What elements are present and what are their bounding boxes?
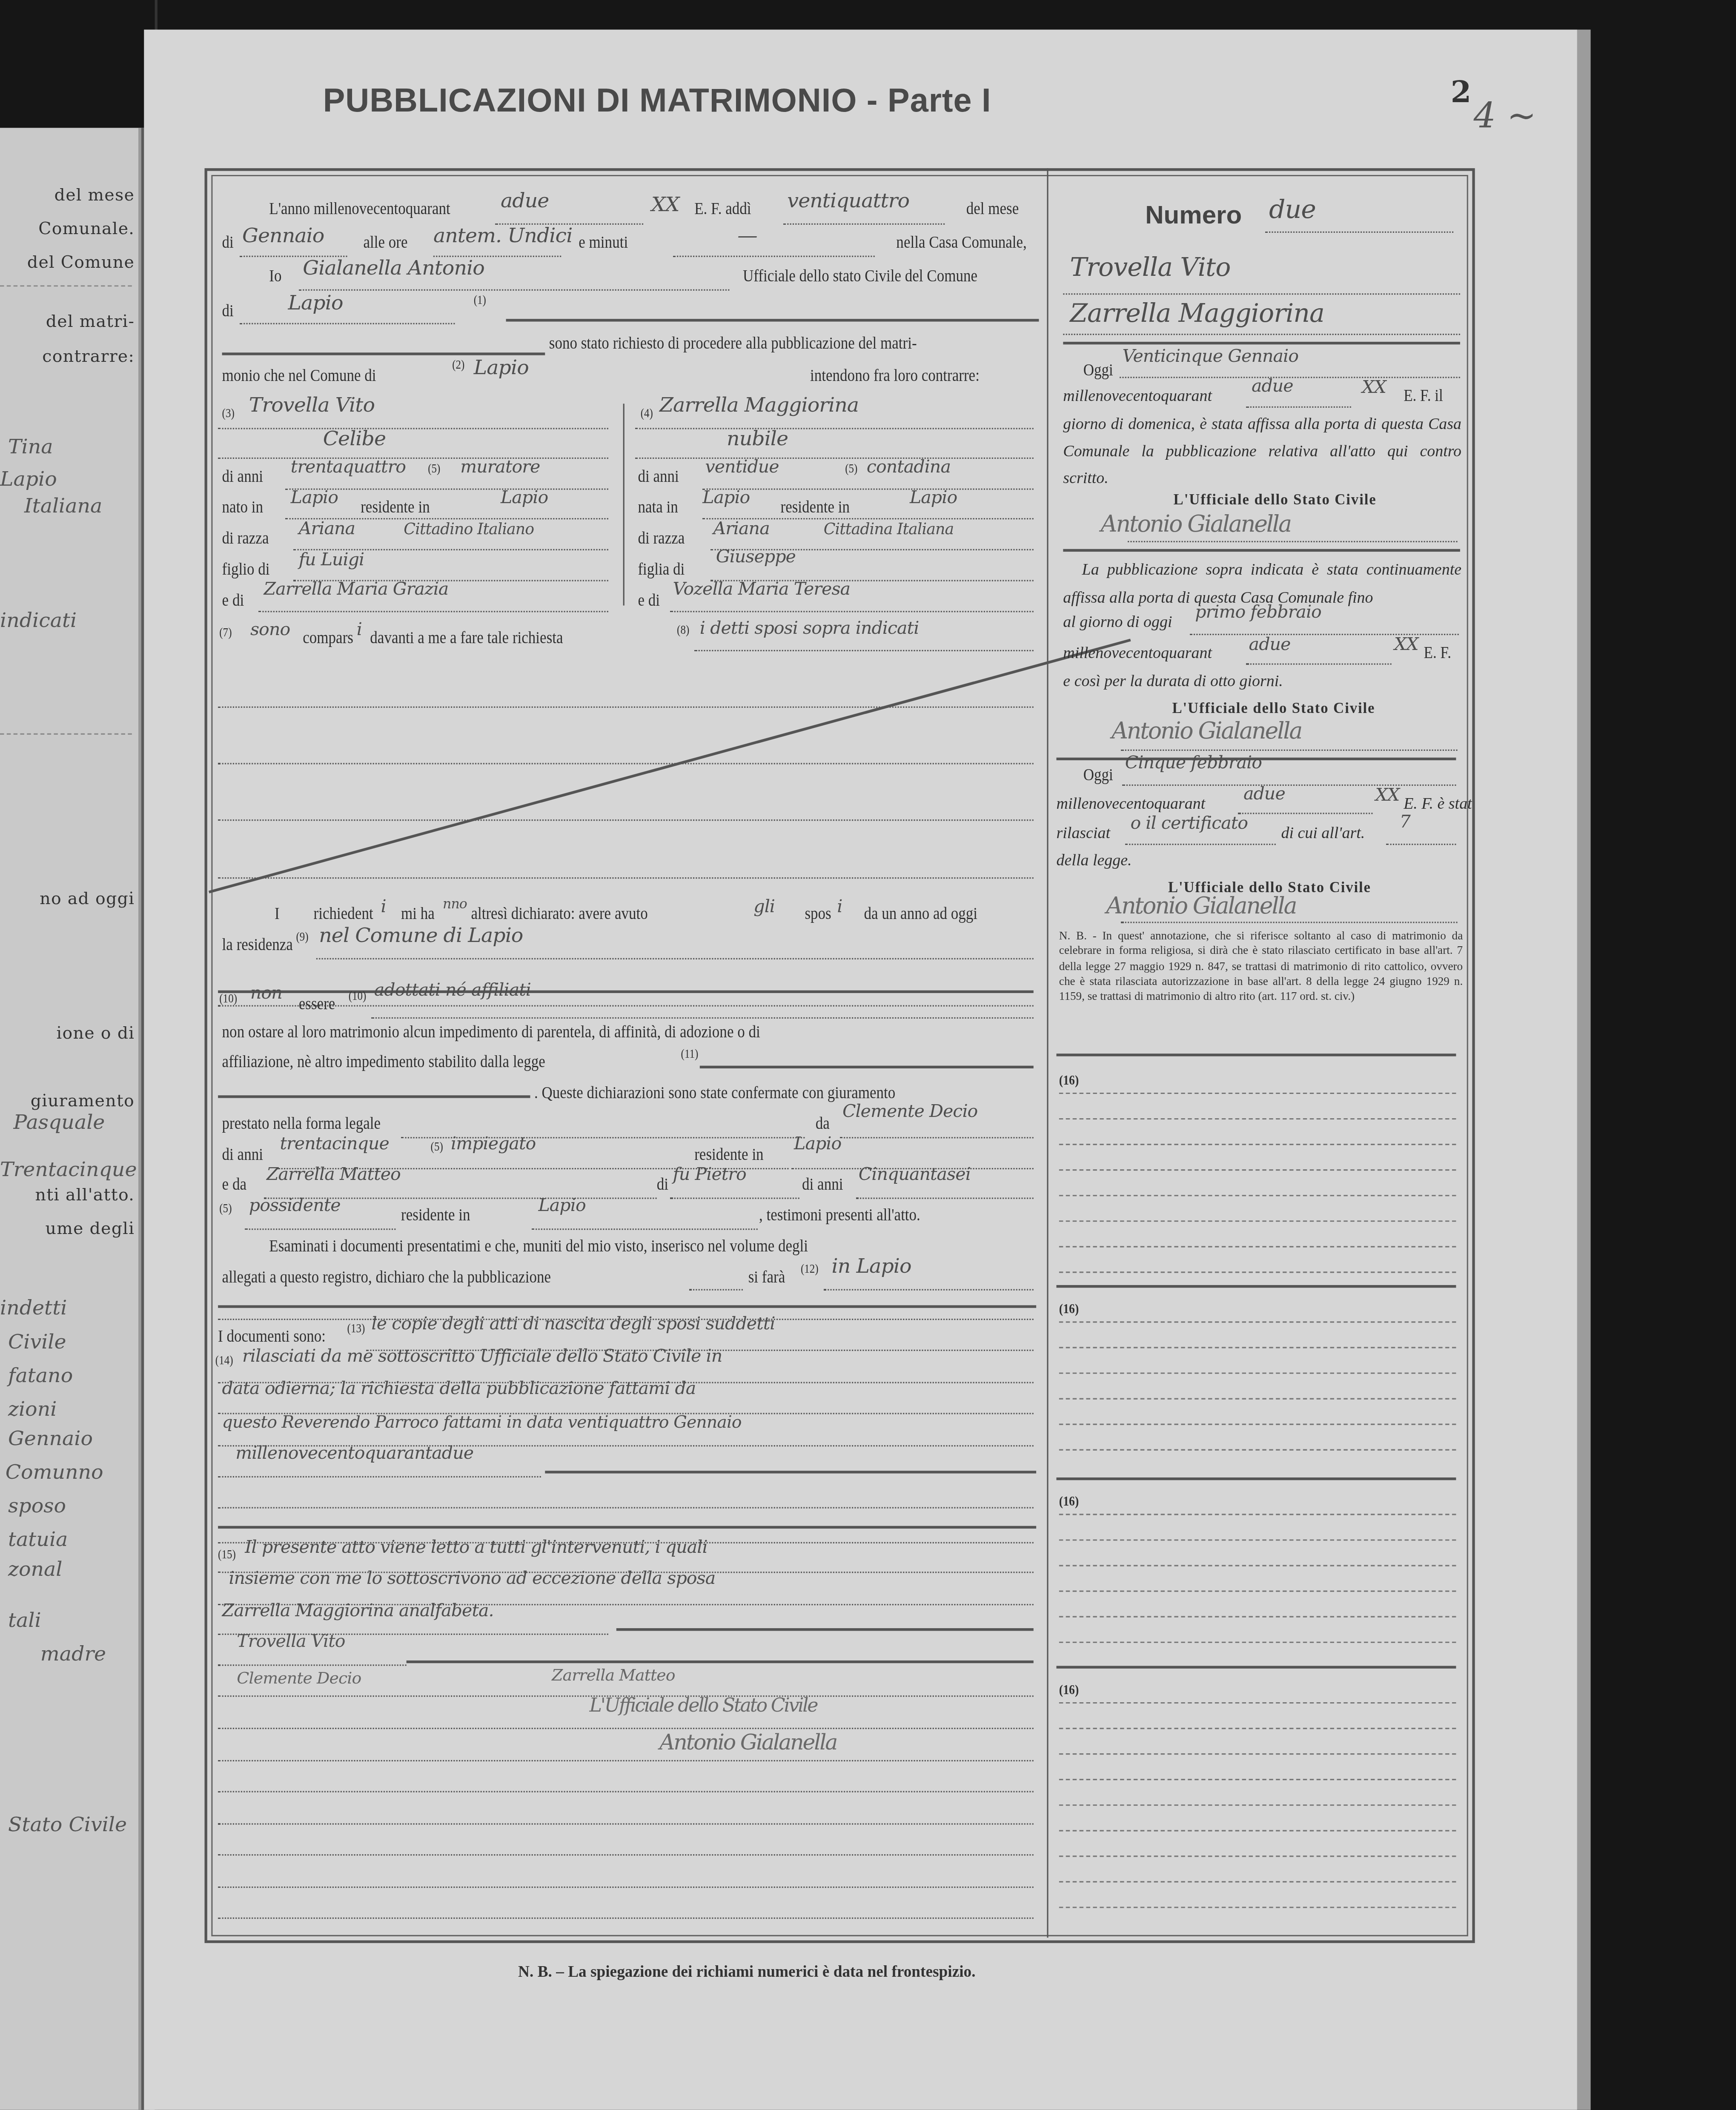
cancel-stroke xyxy=(545,1471,1036,1473)
annotation-line[interactable] xyxy=(1059,1118,1456,1119)
compars-suffix[interactable]: i xyxy=(357,620,362,640)
cert-rilasciat-label: rilasciat xyxy=(1057,824,1110,844)
cancel-stroke xyxy=(506,319,1039,321)
left-handwriting: madre xyxy=(40,1642,106,1666)
annotation-line[interactable] xyxy=(1059,1753,1456,1755)
aff-era-value[interactable]: XX xyxy=(1362,378,1386,398)
groom-edi-label: e di xyxy=(222,591,244,611)
note-1: (1) xyxy=(474,293,486,307)
annotation-line[interactable] xyxy=(1059,1616,1456,1618)
field-line xyxy=(673,256,875,257)
signature-witness2: Zarrella Matteo xyxy=(552,1666,675,1685)
bride-father[interactable]: Giuseppe xyxy=(716,548,796,568)
signature-witness1: Clemente Decio xyxy=(237,1669,361,1687)
bride-race[interactable]: Ariana xyxy=(713,519,769,539)
documenti-label: I documenti sono: xyxy=(218,1327,326,1347)
cont-officer-title: L'Ufficiale dello Stato Civile xyxy=(1172,701,1375,717)
field-line xyxy=(218,428,608,429)
field-line xyxy=(218,763,1034,764)
field-line xyxy=(1265,232,1454,233)
field-line xyxy=(218,1476,541,1477)
bride-citizenship[interactable]: Cittadina Italiana xyxy=(824,519,954,538)
note-9: (9) xyxy=(296,930,308,943)
field-line xyxy=(670,611,1034,612)
annotation-line[interactable] xyxy=(1059,1321,1456,1323)
left-printed-line: nti all'atto. xyxy=(0,1184,135,1204)
annotation-line[interactable] xyxy=(1059,1702,1456,1703)
confermate-label: . Queste dichiarazioni sono state confer… xyxy=(534,1083,895,1103)
io-label: Io xyxy=(269,266,281,286)
si-fara-value[interactable]: in Lapio xyxy=(832,1254,911,1278)
note-11: (11) xyxy=(681,1047,699,1060)
witness1-name[interactable]: Clemente Decio xyxy=(842,1102,978,1122)
cont-era-value[interactable]: XX xyxy=(1394,635,1418,655)
aff-oggi-label: Oggi xyxy=(1083,361,1113,381)
spos-suffix[interactable]: i xyxy=(837,898,842,918)
month-value[interactable]: Gennaio xyxy=(242,223,324,248)
annotation-line[interactable] xyxy=(1059,1728,1456,1729)
left-handwriting: Lapio xyxy=(0,467,57,491)
note-5a: (5) xyxy=(431,1140,443,1154)
field-line xyxy=(1386,844,1456,845)
prestato-label: prestato nella forma legale xyxy=(222,1114,381,1134)
page-number: 2 xyxy=(1451,75,1471,110)
left-printed-line: contrarre: xyxy=(0,346,135,366)
field-line xyxy=(1063,293,1460,295)
annotation-line[interactable] xyxy=(1059,1246,1456,1247)
groom-born[interactable]: Lapio xyxy=(291,489,338,509)
annotation-line[interactable] xyxy=(1059,1424,1456,1425)
casa-comunale-label: nella Casa Comunale, xyxy=(896,233,1026,253)
witness1-prof[interactable]: impiegato xyxy=(451,1134,536,1154)
left-printed-line: del matri- xyxy=(0,311,135,331)
section-divider xyxy=(1057,1054,1456,1056)
left-printed-line: Comunale. xyxy=(0,218,135,238)
field-line xyxy=(1246,407,1351,408)
cancel-stroke xyxy=(218,991,1034,993)
esaminati-label: Esaminati i documenti presentatimi e che… xyxy=(269,1237,808,1257)
left-handwriting: Comunno xyxy=(6,1460,103,1484)
signature-groom: Trovella Vito xyxy=(237,1632,345,1652)
cont-signature: Antonio Gialanella xyxy=(1111,719,1301,745)
field-line xyxy=(1238,813,1372,814)
field-line xyxy=(783,223,945,225)
note-3: (3) xyxy=(222,407,235,420)
documents-line[interactable]: rilasciati da me sottoscritto Ufficiale … xyxy=(242,1347,722,1367)
bride-mother[interactable]: Vozella Maria Teresa xyxy=(673,580,851,600)
left-handwriting: Gennaio xyxy=(8,1426,93,1451)
closing-line[interactable]: Zarrella Maggiorina analfabeta. xyxy=(222,1601,494,1621)
field-line xyxy=(1063,334,1460,335)
cert-anno-value[interactable]: adue xyxy=(1243,784,1285,804)
di-label: di xyxy=(222,233,234,253)
bride-figlia-label: figlia di xyxy=(638,560,685,580)
section-divider xyxy=(218,1305,1036,1308)
groom-mother[interactable]: Zarrella Maria Grazia xyxy=(264,580,449,600)
aff-ef-label: E. F. il xyxy=(1404,386,1443,406)
annotation-line[interactable] xyxy=(1059,1907,1456,1908)
left-handwriting: Pasquale xyxy=(14,1110,105,1134)
day-value[interactable]: ventiquattro xyxy=(787,189,909,213)
field-line xyxy=(218,1507,1034,1509)
field-line xyxy=(218,1823,1034,1824)
annotation-line[interactable] xyxy=(1059,1539,1456,1540)
nb-annotation-note: N. B. - In quest' annotazione, che si ri… xyxy=(1059,928,1463,1005)
witness2-father[interactable]: fu Pietro xyxy=(673,1165,746,1185)
documents-line[interactable]: millenovecentoquarantadue xyxy=(235,1444,473,1464)
impedimento-line-2: affiliazione, nè altro impedimento stabi… xyxy=(222,1052,545,1072)
field-line xyxy=(1121,922,1457,923)
field-line xyxy=(840,1137,1034,1138)
left-handwriting: zonal xyxy=(8,1557,63,1581)
signature-officer: Antonio Gialanella xyxy=(659,1729,836,1755)
field-line xyxy=(1122,784,1456,786)
field-line xyxy=(218,1918,1034,1919)
field-line xyxy=(258,611,608,612)
annotation-line[interactable] xyxy=(1059,1591,1456,1592)
annotation-line[interactable] xyxy=(1059,1169,1456,1171)
anno-value[interactable]: adue xyxy=(501,189,549,213)
left-handwriting: Italiana xyxy=(24,494,102,518)
annotation-line[interactable] xyxy=(1059,1449,1456,1451)
bride-residence[interactable]: Lapio xyxy=(910,489,957,509)
i-label: I xyxy=(275,904,280,924)
aff-oggi-value[interactable]: Venticinque Gennaio xyxy=(1122,347,1298,367)
left-rule xyxy=(0,285,132,286)
right-name-bride[interactable]: Zarrella Maggiorina xyxy=(1070,299,1324,329)
field-line xyxy=(218,1664,407,1666)
compars-label: compars xyxy=(303,628,353,648)
aff-text: giorno di domenica, è stata affissa alla… xyxy=(1063,410,1461,491)
register-scan: del mese Comunale. del Comune del matri-… xyxy=(0,0,1736,2110)
field-line xyxy=(1121,750,1457,751)
annotation-line[interactable] xyxy=(1059,1804,1456,1806)
numero-value[interactable]: due xyxy=(1269,195,1316,225)
bride-res-label: residente in xyxy=(780,498,849,518)
field-line xyxy=(218,707,1034,708)
ef-adddi-label: E. F. addì xyxy=(694,199,751,219)
field-line xyxy=(532,1228,758,1230)
note-14: (14) xyxy=(215,1354,233,1367)
ore-value[interactable]: antem. Undici xyxy=(433,223,572,248)
altresi-label: altresì dichiarato: avere avuto xyxy=(471,904,647,924)
left-handwriting: indetti xyxy=(0,1296,67,1320)
annotation-note-16: (16) xyxy=(1059,1683,1079,1698)
annotation-note-16: (16) xyxy=(1059,1074,1079,1089)
richiedent-label: richiedent xyxy=(314,904,373,924)
left-printed-line: del mese xyxy=(0,184,135,204)
field-line xyxy=(702,489,1034,490)
field-line xyxy=(371,1017,1033,1019)
note-12: (12) xyxy=(801,1262,819,1276)
cont-anno-value[interactable]: adue xyxy=(1249,635,1291,655)
field-line xyxy=(218,1887,1034,1888)
field-line xyxy=(1246,663,1391,664)
annotation-line[interactable] xyxy=(1059,1195,1456,1196)
section-divider xyxy=(1063,549,1460,552)
comparsi-who[interactable]: i detti sposi sopra indicati xyxy=(700,619,919,639)
cancel-stroke xyxy=(700,1066,1034,1068)
groom-nato-label: nato in xyxy=(222,498,263,518)
left-handwriting: sposo xyxy=(8,1494,66,1518)
officer-name-value[interactable]: Gialanella Antonio xyxy=(303,256,484,280)
annotation-line[interactable] xyxy=(1059,1565,1456,1566)
groom-prof-note: (5) xyxy=(428,461,440,475)
cert-oggi-value[interactable]: Cinque febbraio xyxy=(1125,753,1262,773)
witness2-res[interactable]: Lapio xyxy=(538,1196,585,1216)
field-line xyxy=(299,289,730,291)
groom-razza-label: di razza xyxy=(222,529,269,549)
left-handwriting: Civile xyxy=(8,1329,66,1354)
groom-res-label: residente in xyxy=(361,498,430,518)
del-mese-label: del mese xyxy=(966,199,1019,219)
field-line xyxy=(316,958,1034,959)
witness2-di-label: di xyxy=(657,1175,668,1195)
page-title: PUBBLICAZIONI DI MATRIMONIO - Parte I xyxy=(323,83,991,121)
anno-ad-oggi-label: da un anno ad oggi xyxy=(864,904,977,924)
witness2-eda-label: e da xyxy=(222,1175,246,1195)
field-line xyxy=(218,877,1034,879)
witness2-name[interactable]: Zarrella Matteo xyxy=(266,1165,401,1185)
field-line xyxy=(245,1228,395,1230)
left-handwriting: tali xyxy=(8,1608,41,1632)
groom-figlio-label: figlio di xyxy=(222,560,270,580)
note-10a: (10) xyxy=(219,992,237,1005)
left-handwriting: Trentacinque xyxy=(0,1157,137,1182)
field-line xyxy=(218,1854,1034,1855)
note-8: (8) xyxy=(677,623,689,637)
left-printed-line: no ad oggi xyxy=(0,888,135,908)
signature-officer-title: L'Ufficiale dello Stato Civile xyxy=(590,1695,817,1717)
impedimento-line-1: non ostare al loro matrimonio alcun impe… xyxy=(222,1023,760,1043)
aff-anno-value[interactable]: adue xyxy=(1252,377,1293,397)
cert-ef-label: E. F. è stat xyxy=(1404,794,1472,814)
field-line xyxy=(694,650,1034,651)
cert-legge-label: della legge. xyxy=(1057,850,1132,870)
left-rule xyxy=(0,733,132,735)
annotation-line[interactable] xyxy=(1059,1881,1456,1882)
field-line xyxy=(218,1791,1034,1792)
field-line xyxy=(240,323,455,324)
si-fara-label: si farà xyxy=(748,1268,785,1288)
note-2: (2) xyxy=(452,358,464,372)
bride-born[interactable]: Lapio xyxy=(702,489,750,509)
groom-status[interactable]: Celibe xyxy=(323,427,386,451)
intendono-label: intendono fra loro contrarre: xyxy=(810,366,980,386)
right-name-groom[interactable]: Trovella Vito xyxy=(1070,253,1230,283)
cert-art-label: di cui all'art. xyxy=(1281,824,1365,844)
note-5b: (5) xyxy=(219,1202,232,1215)
aff-signature: Antonio Gialanella xyxy=(1101,511,1291,538)
mi-ha-label: mi ha xyxy=(401,904,435,924)
annotation-line[interactable] xyxy=(1059,1855,1456,1857)
spouse-separator xyxy=(623,404,625,605)
witness1-anni-label: di anni xyxy=(222,1145,263,1165)
field-line xyxy=(635,428,1034,429)
ufficiale-label: Ufficiale dello stato Civile del Comune xyxy=(743,266,977,286)
bride-name[interactable]: Zarrella Maggiorina xyxy=(659,393,859,417)
alle-ore-label: alle ore xyxy=(364,233,408,253)
cont-anno-label: millenovecentoquarant xyxy=(1063,643,1212,663)
bride-prof-note: (5) xyxy=(845,461,857,475)
cont-al-giorno-label: al giorno di oggi xyxy=(1063,612,1172,632)
annotation-note-16: (16) xyxy=(1059,1495,1079,1510)
left-handwriting: Stato Civile xyxy=(8,1812,127,1837)
groom-name[interactable]: Trovella Vito xyxy=(249,393,375,417)
left-handwriting: tatuia xyxy=(8,1527,68,1552)
minuti-value[interactable]: — xyxy=(737,223,757,248)
essere-label: essere xyxy=(299,994,335,1014)
bride-nata-label: nata in xyxy=(638,498,678,518)
field-line xyxy=(218,458,608,459)
aff-anno-label: millenovecentoquarant xyxy=(1063,386,1212,406)
annotation-line[interactable] xyxy=(1059,1372,1456,1374)
minuti-label: e minuti xyxy=(579,233,628,253)
bride-edi-label: e di xyxy=(638,591,660,611)
annotation-line[interactable] xyxy=(1059,1144,1456,1145)
closing-line[interactable]: insieme con me lo sottoscrivono ad eccez… xyxy=(229,1569,715,1589)
bride-age[interactable]: ventidue xyxy=(705,458,779,478)
section-divider xyxy=(1057,1666,1456,1669)
note-13: (13) xyxy=(347,1321,365,1335)
section-divider xyxy=(1057,1285,1456,1288)
left-handwriting: fatano xyxy=(8,1363,73,1387)
groom-citizenship[interactable]: Cittadino Italiano xyxy=(404,519,534,538)
left-printed-line: giuramento xyxy=(0,1090,135,1110)
cert-anno-label: millenovecentoquarant xyxy=(1057,794,1206,814)
note-15: (15) xyxy=(218,1547,236,1561)
field-line xyxy=(1125,844,1276,845)
non-value[interactable]: non xyxy=(250,984,282,1004)
field-line xyxy=(689,1289,743,1290)
monio-label: monio che nel Comune di xyxy=(222,366,376,386)
documents-line[interactable]: questo Reverendo Parroco fattami in data… xyxy=(222,1411,742,1431)
comune-matrimonio-value[interactable]: Lapio xyxy=(474,355,529,380)
cert-era-value[interactable]: XX xyxy=(1375,786,1400,806)
cont-al-giorno-value[interactable]: primo febbraio xyxy=(1195,603,1321,623)
cont-ef-label: E. F. xyxy=(1424,643,1451,663)
cancel-stroke xyxy=(407,1661,1034,1663)
field-line xyxy=(856,1197,1034,1199)
anno-label: L'anno millenovecentoquarant xyxy=(269,199,450,219)
field-line xyxy=(824,1289,1034,1290)
testimoni-label: , testimoni presenti all'atto. xyxy=(759,1205,920,1225)
numero-label: Numero xyxy=(1145,202,1242,232)
annotation-line[interactable] xyxy=(1059,1271,1456,1273)
cert-oggi-label: Oggi xyxy=(1083,766,1113,786)
witness2-res-label: residente in xyxy=(401,1205,470,1225)
witness2-anni-label: di anni xyxy=(802,1175,843,1195)
field-line xyxy=(218,1005,1034,1006)
annotation-line[interactable] xyxy=(1059,1220,1456,1222)
section-divider xyxy=(1063,342,1460,344)
cert-art-value[interactable]: 7 xyxy=(1400,813,1410,833)
annotation-line[interactable] xyxy=(1059,1398,1456,1399)
field-line xyxy=(1128,541,1457,542)
witness2-age[interactable]: Cinquantasei xyxy=(859,1165,971,1185)
page-number-handwritten: 4 ~ xyxy=(1474,97,1536,137)
annotation-line[interactable] xyxy=(1059,1642,1456,1643)
groom-anni-label: di anni xyxy=(222,467,263,487)
field-line xyxy=(218,1760,1034,1761)
comune-value[interactable]: Lapio xyxy=(288,291,343,315)
annotation-note-16: (16) xyxy=(1059,1303,1079,1317)
allegati-label: allegati a questo registro, dichiaro che… xyxy=(222,1268,551,1288)
cancel-stroke xyxy=(218,1095,530,1098)
documents-line[interactable]: data odierna; la richiesta della pubblic… xyxy=(222,1379,696,1399)
left-handwriting: indicati xyxy=(0,608,77,633)
bride-razza-label: di razza xyxy=(638,529,685,549)
residenza-label: la residenza xyxy=(222,935,293,955)
witness1-res-label: residente in xyxy=(694,1145,763,1165)
cert-rilasciat-value[interactable]: o il certificato xyxy=(1130,814,1248,834)
adottati-value[interactable]: adottati né affiliati xyxy=(374,981,531,1001)
groom-race[interactable]: Ariana xyxy=(299,519,355,539)
era-value[interactable]: XX xyxy=(651,192,679,217)
annotation-line[interactable] xyxy=(1059,1830,1456,1831)
richiedent-suffix[interactable]: i xyxy=(381,898,386,918)
groom-residence[interactable]: Lapio xyxy=(501,489,548,509)
field-line xyxy=(218,819,1034,821)
closing-line[interactable]: Il presente atto viene letto a tutti gl'… xyxy=(245,1538,707,1558)
note-4: (4) xyxy=(641,407,653,420)
groom-age[interactable]: trentaquattro xyxy=(291,458,406,478)
left-printed-line: del Comune xyxy=(0,252,135,272)
left-page-fragment: del mese Comunale. del Comune del matri-… xyxy=(0,128,155,2110)
footer-note: N. B. – La spiegazione dei richiami nume… xyxy=(518,1962,976,1982)
richiesta-label: davanti a me a fare tale richiesta xyxy=(370,628,563,648)
residenza-value[interactable]: nel Comune di Lapio xyxy=(319,923,523,948)
annotation-line[interactable] xyxy=(1059,1779,1456,1780)
documents-line[interactable]: le copie degli atti di nascita degli spo… xyxy=(371,1314,775,1334)
bride-profession[interactable]: contadina xyxy=(867,458,951,478)
section-divider xyxy=(1057,1477,1456,1480)
field-line xyxy=(218,1728,1034,1729)
witness1-age[interactable]: trentacinque xyxy=(280,1134,389,1154)
field-line xyxy=(635,458,1034,459)
ha-suffix[interactable]: nno xyxy=(443,898,467,913)
bride-anni-label: di anni xyxy=(638,467,679,487)
note-10b: (10) xyxy=(349,989,367,1002)
left-printed-line: ume degli xyxy=(0,1218,135,1238)
annotation-line[interactable] xyxy=(1059,1347,1456,1348)
gli-value[interactable]: gli xyxy=(753,898,775,918)
cont-durata-label: e così per la durata di otto giorni. xyxy=(1063,671,1283,691)
richiesto-label: sono stato richiesto di procedere alla p… xyxy=(549,334,917,354)
bride-status[interactable]: nubile xyxy=(727,427,788,451)
groom-profession[interactable]: muratore xyxy=(460,458,540,478)
di-comune-label: di xyxy=(222,301,234,321)
witness2-prof[interactable]: possidente xyxy=(249,1196,341,1216)
left-handwriting: Tina xyxy=(8,435,53,459)
column-separator xyxy=(1047,168,1048,1938)
annotation-line[interactable] xyxy=(1059,1093,1456,1094)
section-divider xyxy=(218,1526,1036,1529)
note-7: (7) xyxy=(219,626,232,639)
groom-father[interactable]: fu Luigi xyxy=(299,550,364,570)
page-edge xyxy=(1577,30,1591,2110)
cert-signature: Antonio Gialanella xyxy=(1106,893,1296,920)
cancel-stroke xyxy=(616,1628,1034,1631)
da-label: da xyxy=(816,1114,830,1134)
left-handwriting: zioni xyxy=(8,1397,57,1421)
sono-value[interactable]: sono xyxy=(250,620,290,640)
witness1-res[interactable]: Lapio xyxy=(794,1134,841,1154)
annotation-line[interactable] xyxy=(1059,1514,1456,1515)
spos-label: spos xyxy=(805,904,831,924)
field-line xyxy=(670,1197,799,1199)
left-printed-line: ione o di xyxy=(0,1023,135,1043)
